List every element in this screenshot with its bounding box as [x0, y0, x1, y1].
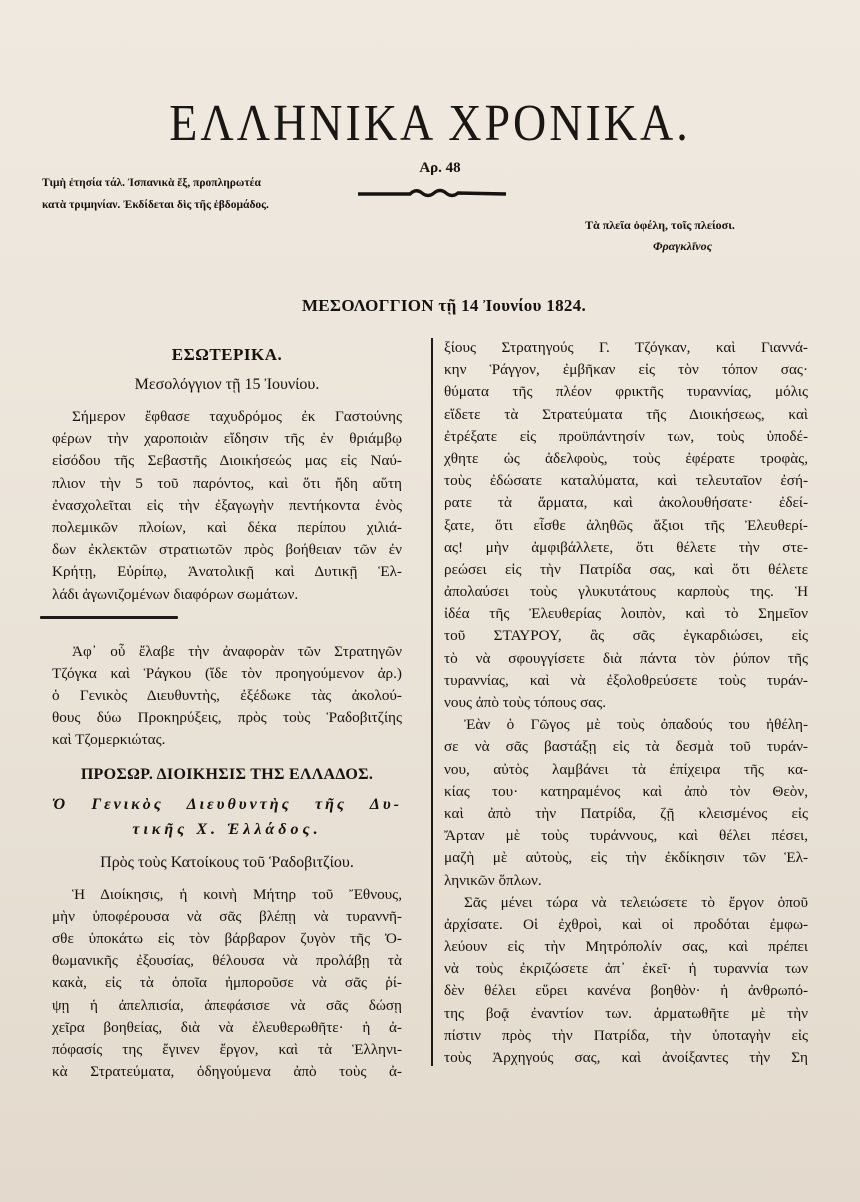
intro-paragraph: Ἀφ᾿ οὗ ἔλαβε τὴν ἀναφορὰν τῶν Στρατηγῶν … [52, 641, 402, 752]
text-line: ρεώσει εἰς τὴν Πατρίδα σας, καὶ ὅτι θέλε… [444, 559, 808, 581]
proclamation-paragraph: Ἐὰν ὁ Γῶγος μὲ τοὺς ὀπαδούς του ἠθέλη- σ… [444, 714, 808, 892]
proclamation-paragraph: ξίους Στρατηγούς Γ. Τζόγκαν, καὶ Γιαννά-… [444, 337, 808, 714]
text-line: Ἡ Διοίκησις, ἡ κοινὴ Μήτηρ τοῦ Ἔθνους, [52, 884, 402, 906]
text-line: καὶ ἀπὸ τὴν Πατρίδα, ζῇ κλεισμένος εἰς [444, 803, 808, 825]
text-line: τοὺς ἐδώσατε καταλύματα, καὶ τελευταῖον … [444, 470, 808, 492]
text-line: σε νὰ σᾶς βαστάξῃ εἰς τὰ δεσμὰ τοῦ τυράν… [444, 736, 808, 758]
right-column: ξίους Στρατηγούς Γ. Τζόγκαν, καὶ Γιαννά-… [444, 337, 808, 1069]
text-line: ὁ Γενικὸς Διευθυντὴς, ἐξέδωκε τὰς ἀκολού… [52, 685, 402, 707]
section-divider-rule [40, 616, 178, 619]
subscription-price-note: Τιμὴ ἐτησία τάλ. Ἰσπανικὰ ἕξ, προπληρωτέ… [42, 175, 342, 219]
text-line: πλιον τὴν 5 τοῦ παρόντος, καὶ ὅτι ἤδη αὕ… [52, 473, 402, 495]
section-title: ΕΣΩΤΕΡΙΚΑ. [52, 340, 402, 370]
text-line: πολεμικῶν πλοίων, καὶ δέκα περίπου χιλιά… [52, 517, 402, 539]
proclamation-addressee: Πρὸς τοὺς Κατοίκους τοῦ Ῥαδοβιτζίου. [52, 848, 402, 878]
text-line: ξατε, ὅτι εἶσθε ἀληθῶς ἄξιοι τῆς Ἐλευθερ… [444, 515, 808, 537]
text-line: νους ἀπὸ τοὺς τόπους σας. [444, 692, 808, 714]
proclamation-issuer: τικῆς Χ. Ἑλλάδος. [52, 817, 402, 842]
text-line: ἀρχίσατε. Οἱ ἐχθροὶ, καὶ οἱ προδόται ἐμφ… [444, 914, 808, 936]
epigraph-author: Φραγκλῖνος [585, 236, 825, 257]
text-line: κὰ Στρατεύματα, ὁδηγούμενα ἀπὸ τοὺς ἀ- [52, 1061, 402, 1083]
text-line: Ἀφ᾿ οὗ ἔλαβε τὴν ἀναφορὰν τῶν Στρατηγῶν [52, 641, 402, 663]
issue-dateline: ΜΕΣΟΛΟΓΓΙΟΝ τῇ 14 Ἰουνίου 1824. [0, 296, 860, 316]
text-line: Ἐὰν ὁ Γῶγος μὲ τοὺς ὀπαδούς του ἠθέλη- [444, 714, 808, 736]
text-line: χεῖρα βοηθείας, διὰ νὰ ἐλευθερωθῆτε· ἡ ἀ… [52, 1017, 402, 1039]
text-line: Τζόγκα καὶ Ῥάγκου (ἴδε τὸν προηγούμενον … [52, 663, 402, 685]
text-line: λάδι ἀγωνιζομένων διαφόρων σωμάτων. [52, 584, 402, 606]
text-line: δὲν θέλει εὕρει κανένα βοηθὸν· ἡ ἀνθρωπό… [444, 980, 808, 1002]
text-line: καὶ Τζομερκιώτας. [52, 729, 402, 751]
text-line: Σήμερον ἔφθασε ταχυδρόμος ἐκ Γαστούνης [52, 406, 402, 428]
text-line: της βοᾷ ἐναντίον των. ἁρματωθῆτε μὲ τὴν [444, 1003, 808, 1025]
text-line: φέρων τὴν χαροποιὰν εἴδησιν τῆς ἐν θριάμ… [52, 428, 402, 450]
text-line: πόφασίς της ἔγινεν ἔργον, καὶ τὰ Ἑλληνι- [52, 1039, 402, 1061]
proclamation-header: ΠΡΟΣΩΡ. ΔΙΟΙΚΗΣΙΣ ΤΗΣ ΕΛΛΑΔΟΣ. [52, 758, 402, 792]
price-note-line: Τιμὴ ἐτησία τάλ. Ἰσπανικὰ ἕξ, προπληρωτέ… [42, 175, 342, 197]
text-line: τοῦ ΣΤΑΥΡΟΥ, ἃς σᾶς ἐγκαρδιώσει, εἰς [444, 625, 808, 647]
proclamation-paragraph: Σᾶς μένει τώρα νὰ τελειώσετε τὸ ἔργον ὁπ… [444, 892, 808, 1070]
text-line: κίας του· κατηραμένος καὶ ἀπὸ τὸν Θεὸν, [444, 781, 808, 803]
text-line: δων ἐκλεκτῶν στρατιωτῶν πρὸς βοήθειαν τῶ… [52, 539, 402, 561]
text-line: χθητε ὡς ἀδελφοὺς, τοὺς ἐφέρατε τροφὰς, [444, 448, 808, 470]
text-line: μαζὴ μὲ αὐτοὺς, εἰς τὴν ἐκδίκησιν τῶν Ἑλ… [444, 847, 808, 869]
text-line: τοὺς Ἀρχηγούς σας, καὶ ἀνοίξαντες τὴν Ση [444, 1047, 808, 1069]
proclamation-issuer: Ὁ Γενικὸς Διευθυντὴς τῆς Δυ- [52, 792, 402, 817]
article-dateline: Μεσολόγγιον τῇ 15 Ἰουνίου. [52, 370, 402, 400]
text-line: σθε ὑποκάτω εἰς τὸν βάρβαρον ζυγὸν τῆς Ὀ… [52, 928, 402, 950]
column-divider [431, 338, 433, 1066]
epigraph: Τὰ πλεῖα ὀφέλη, τοῖς πλείοσι. Φραγκλῖνος [585, 215, 825, 257]
text-line: νου, αὐτὸς λαμβάνει τὰ ἐπίχειρα τῆς κα- [444, 759, 808, 781]
text-line: ρατε τὰ ἅρματα, καὶ ἀκολουθήσατε· ἐδεί- [444, 492, 808, 514]
wavy-rule-ornament-icon [358, 186, 506, 200]
text-line: Σᾶς μένει τώρα νὰ τελειώσετε τὸ ἔργον ὁπ… [444, 892, 808, 914]
text-line: ας! μὴν ἀμφιβάλλετε, ὅτι θέλετε τὴν στε- [444, 537, 808, 559]
text-line: λεύουν εἰς τὴν Μητρόπολίν σας, καὶ πρέπε… [444, 936, 808, 958]
newspaper-page: ΕΛΛΗΝΙΚΑ ΧΡΟΝΙΚΑ. Αρ. 48 Τιμὴ ἐτησία τάλ… [0, 0, 860, 1202]
text-line: νὰ τοὺς ἐκριζώσετε ἀπ᾿ ἐκεῖ· ἡ τυραννία … [444, 958, 808, 980]
newspaper-title: ΕΛΛΗΝΙΚΑ ΧΡΟΝΙΚΑ. [0, 93, 860, 152]
price-note-line: κατὰ τριμηνίαν. Ἐκδίδεται δὶς τῆς ἑβδομά… [42, 197, 342, 219]
text-line: ἐτρέξατε εἰς προϋπάντησίν των, τοὺς ὑποδ… [444, 426, 808, 448]
text-line: εἰσόδου τῆς Σεβαστῆς Διοικήσεώς μας εἰς … [52, 450, 402, 472]
text-line: ἰδέα τῆς Ἐλευθερίας λοιπὸν, καὶ τὸ Σημεῖ… [444, 603, 808, 625]
text-line: κακὰ, εἰς τὰ ὁποῖα ἠμποροῦσε νὰ σᾶς ῥί- [52, 972, 402, 994]
text-line: ψῃ ἡ ἀπελπισία, ἀπεφάσισε νὰ σᾶς δώσῃ [52, 995, 402, 1017]
text-line: ξίους Στρατηγούς Γ. Τζόγκαν, καὶ Γιαννά- [444, 337, 808, 359]
text-line: Κρήτῃ, Εὐρίπῳ, Ἀνατολικῇ καὶ Δυτικῇ Ἑλ- [52, 561, 402, 583]
text-line: ληνικῶν ὅπλων. [444, 870, 808, 892]
text-line: Ἄρταν μὲ τοὺς τυράννους, καὶ θέλει πέσει… [444, 825, 808, 847]
text-line: θωμανικῆς ἐξουσίας, θέλουσα νὰ προλάβῃ τ… [52, 950, 402, 972]
text-line: ἀπολαύσει τοὺς γλυκυτάτους καρποὺς της. … [444, 581, 808, 603]
text-line: εἴδετε τὰ Στρατεύματα τῆς Διοικήσεως, κα… [444, 404, 808, 426]
text-line: τὸ νὰ σφουγγίσετε διὰ πάντα τὸν ῥύπον τῆ… [444, 648, 808, 670]
text-line: θους δύω Προκηρύξεις, πρὸς τοὺς Ῥαδοβιτζ… [52, 707, 402, 729]
text-line: ἐνασχολεῖται εἰς τὴν ἐξαγωγὴν πεντήκοντα… [52, 495, 402, 517]
epigraph-text: Τὰ πλεῖα ὀφέλη, τοῖς πλείοσι. [585, 218, 735, 232]
news-paragraph: Σήμερον ἔφθασε ταχυδρόμος ἐκ Γαστούνης φ… [52, 406, 402, 606]
text-line: τυραννίας, καὶ νὰ ἐξολοθρεύσετε τοὺς τυρ… [444, 670, 808, 692]
text-line: κην Ῥάγγον, ἐμβῆκαν εἰς τὸν τόπον σας· [444, 359, 808, 381]
text-line: θύματα τῆς πλέον φρικτῆς τυραννίας, μόλι… [444, 381, 808, 403]
text-line: μὴν ὑποφέρουσα νὰ σᾶς βλέπῃ νὰ τυραννῆ- [52, 906, 402, 928]
proclamation-paragraph: Ἡ Διοίκησις, ἡ κοινὴ Μήτηρ τοῦ Ἔθνους, μ… [52, 884, 402, 1084]
left-column: ΕΣΩΤΕΡΙΚΑ. Μεσολόγγιον τῇ 15 Ἰουνίου. Σή… [52, 340, 402, 1083]
text-line: πίστιν πρὸς τὴν Πατρίδα, τὴν ὑποταγὴν εἰ… [444, 1025, 808, 1047]
